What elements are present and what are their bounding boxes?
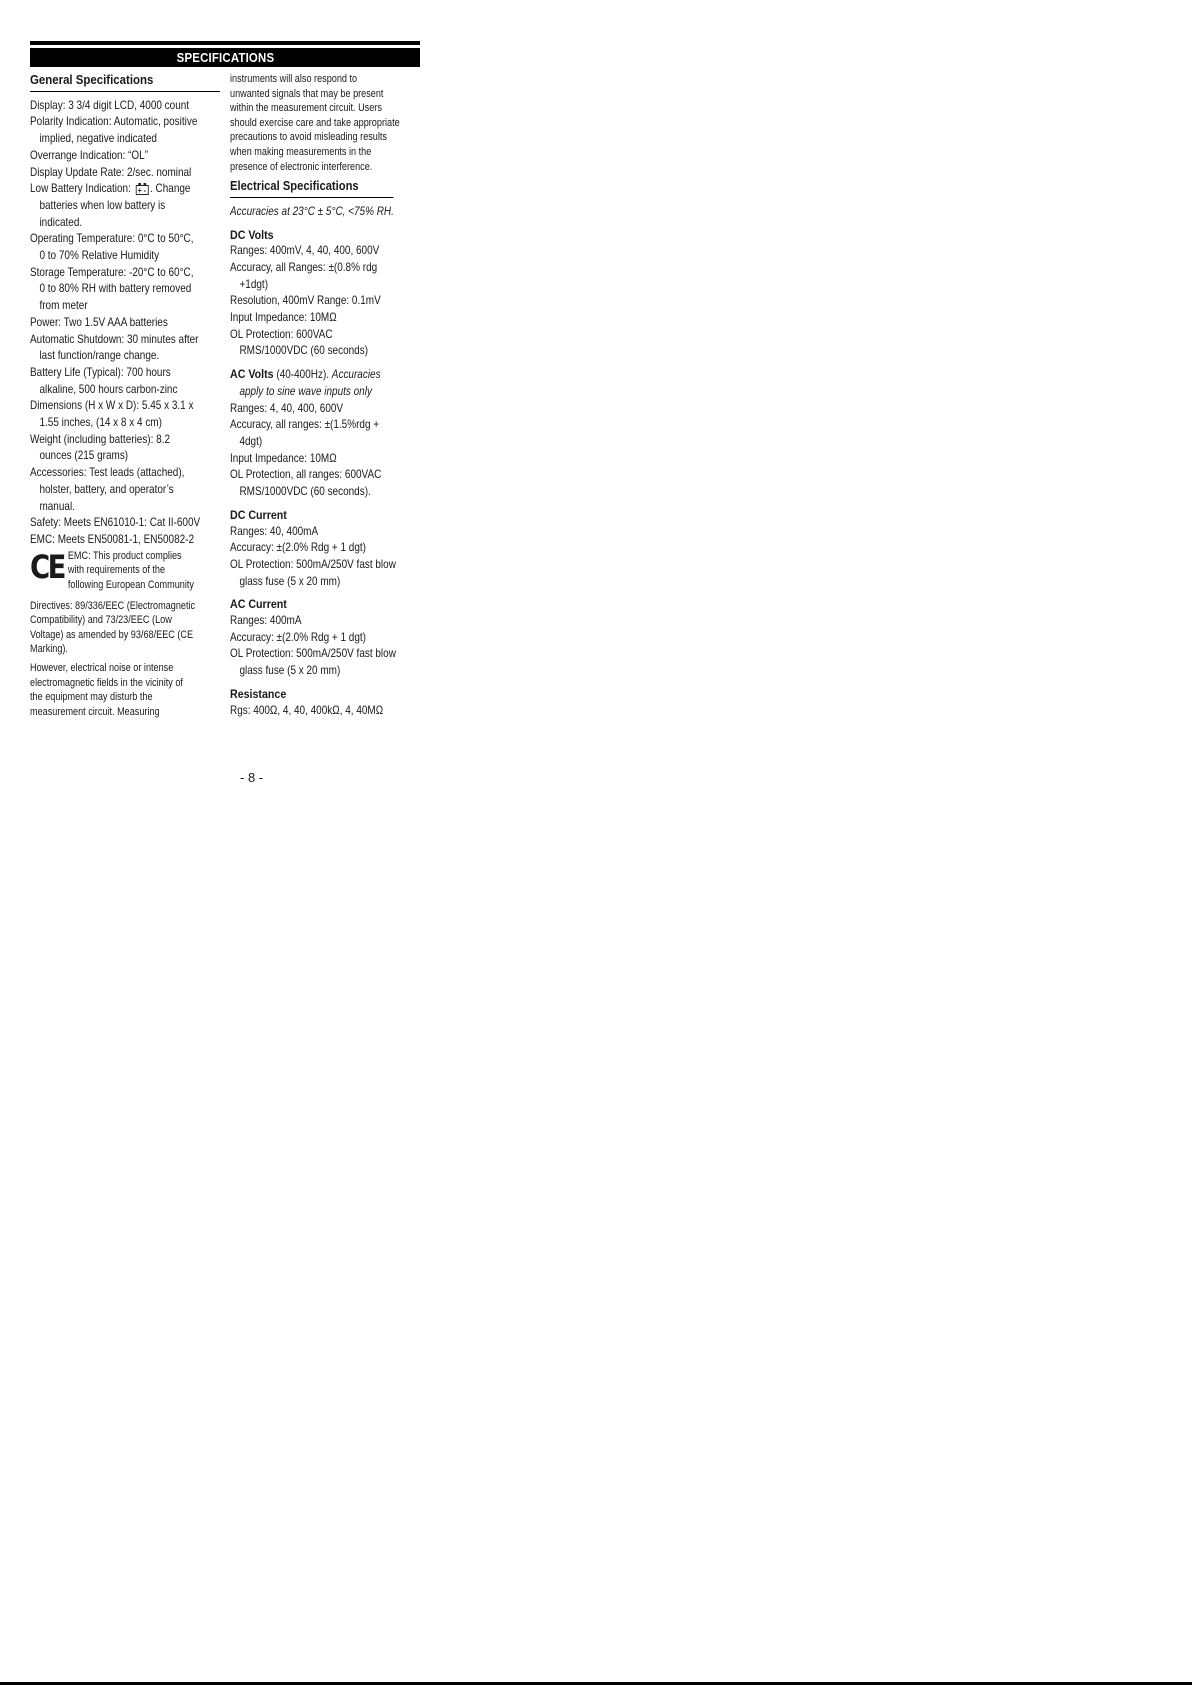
right-column: instruments will also respond to unwante…: [230, 72, 420, 719]
spec-accessories: Accessories: Test leads (attached),: [30, 465, 220, 482]
interference-note: However, electrical noise or intense ele…: [30, 661, 220, 719]
spec-battery-life: Battery Life (Typical): 700 hours: [30, 365, 220, 382]
spec-dimensions-cont: 1.55 inches, (14 x 8 x 4 cm): [30, 415, 220, 432]
spec-safety: Safety: Meets EN61010-1: Cat II-600V: [30, 515, 220, 532]
page-number: - 8 -: [240, 770, 263, 785]
spec-auto-shutdown-cont: last function/range change.: [30, 348, 220, 365]
ac-volts-ranges: Ranges: 4, 40, 400, 600V: [230, 401, 420, 418]
banner-title: SPECIFICATIONS: [176, 48, 274, 67]
spec-operating-temp-cont: 0 to 70% Relative Humidity: [30, 248, 220, 265]
spec-polarity: Polarity Indication: Automatic, positive: [30, 114, 220, 131]
ce-text: EMC: This product complies with requirem…: [68, 549, 194, 593]
spec-power: Power: Two 1.5V AAA batteries: [30, 315, 220, 332]
dc-volts-heading: DC Volts: [230, 227, 420, 244]
accuracy-conditions: Accuracies at 23°C ± 5°C, <75% RH.: [230, 204, 420, 221]
right-column-content: instruments will also respond to unwante…: [230, 72, 420, 719]
section-banner: SPECIFICATIONS: [30, 48, 420, 67]
resistance-ranges: Rgs: 400Ω, 4, 40, 400kΩ, 4, 40MΩ: [230, 703, 420, 720]
ce-compliance: CE EMC: This product complies with requi…: [30, 549, 220, 599]
ac-volts-accuracy: Accuracy, all ranges: ±(1.5%rdg +: [230, 417, 420, 434]
dc-current-accuracy: Accuracy: ±(2.0% Rdg + 1 dgt): [230, 540, 420, 557]
spec-auto-shutdown: Automatic Shutdown: 30 minutes after: [30, 332, 220, 349]
spec-emc: EMC: Meets EN50081-1, EN50082-2: [30, 532, 220, 549]
ce-directives: Directives: 89/336/EEC (Electromagnetic …: [30, 599, 220, 657]
top-rule: [30, 41, 420, 45]
spec-battery-life-cont: alkaline, 500 hours carbon-zinc: [30, 382, 220, 399]
general-specifications-heading: General Specifications: [30, 72, 220, 92]
interference-note-continued: instruments will also respond to unwante…: [230, 72, 420, 174]
spec-weight: Weight (including batteries): 8.2: [30, 432, 220, 449]
dc-volts-impedance: Input Impedance: 10MΩ: [230, 310, 420, 327]
spec-update-rate: Display Update Rate: 2/sec. nominal: [30, 165, 220, 182]
electrical-specifications-heading: Electrical Specifications: [230, 178, 393, 198]
spec-low-battery-cont: batteries when low battery is: [30, 198, 220, 215]
spec-display: Display: 3 3/4 digit LCD, 4000 count: [30, 98, 220, 115]
spec-storage-temp: Storage Temperature: -20°C to 60°C,: [30, 265, 220, 282]
dc-current-heading: DC Current: [230, 507, 420, 524]
spec-polarity-cont: implied, negative indicated: [30, 131, 220, 148]
dc-current-protection: OL Protection: 500mA/250V fast blow: [230, 557, 420, 574]
spec-dimensions: Dimensions (H x W x D): 5.45 x 3.1 x: [30, 398, 220, 415]
ac-current-protection: OL Protection: 500mA/250V fast blow: [230, 646, 420, 663]
battery-icon: + -: [135, 185, 148, 195]
spec-operating-temp: Operating Temperature: 0°C to 50°C,: [30, 231, 220, 248]
dc-volts-ranges: Ranges: 400mV, 4, 40, 400, 600V: [230, 243, 420, 260]
ac-volts-protection: OL Protection, all ranges: 600VAC: [230, 467, 420, 484]
dc-volts-resolution: Resolution, 400mV Range: 0.1mV: [230, 293, 420, 310]
spec-storage-temp-cont: 0 to 80% RH with battery removed: [30, 281, 220, 298]
ac-current-accuracy: Accuracy: ±(2.0% Rdg + 1 dgt): [230, 630, 420, 647]
spec-low-battery-cont: indicated.: [30, 215, 220, 232]
spec-low-battery: Low Battery Indication: + -. Change: [30, 181, 220, 198]
ac-volts-impedance: Input Impedance: 10MΩ: [230, 451, 420, 468]
spec-storage-temp-cont: from meter: [30, 298, 220, 315]
dc-volts-accuracy: Accuracy, all Ranges: ±(0.8% rdg: [230, 260, 420, 277]
ac-volts-heading-row: AC Volts (40-400Hz). Accuracies: [230, 366, 420, 384]
spec-accessories-cont: manual.: [30, 499, 220, 516]
ac-current-heading: AC Current: [230, 596, 420, 613]
ce-mark-icon: CE: [30, 551, 64, 583]
left-column: General Specifications Display: 3 3/4 di…: [30, 72, 220, 721]
dc-current-ranges: Ranges: 40, 400mA: [230, 524, 420, 541]
ac-current-ranges: Ranges: 400mA: [230, 613, 420, 630]
spec-accessories-cont: holster, battery, and operator’s: [30, 482, 220, 499]
resistance-heading: Resistance: [230, 686, 420, 703]
general-spec-list: Display: 3 3/4 digit LCD, 4000 count Pol…: [30, 98, 220, 720]
dc-volts-protection: OL Protection: 600VAC: [230, 327, 420, 344]
spec-weight-cont: ounces (215 grams): [30, 448, 220, 465]
spec-overrange: Overrange Indication: “OL”: [30, 148, 220, 165]
